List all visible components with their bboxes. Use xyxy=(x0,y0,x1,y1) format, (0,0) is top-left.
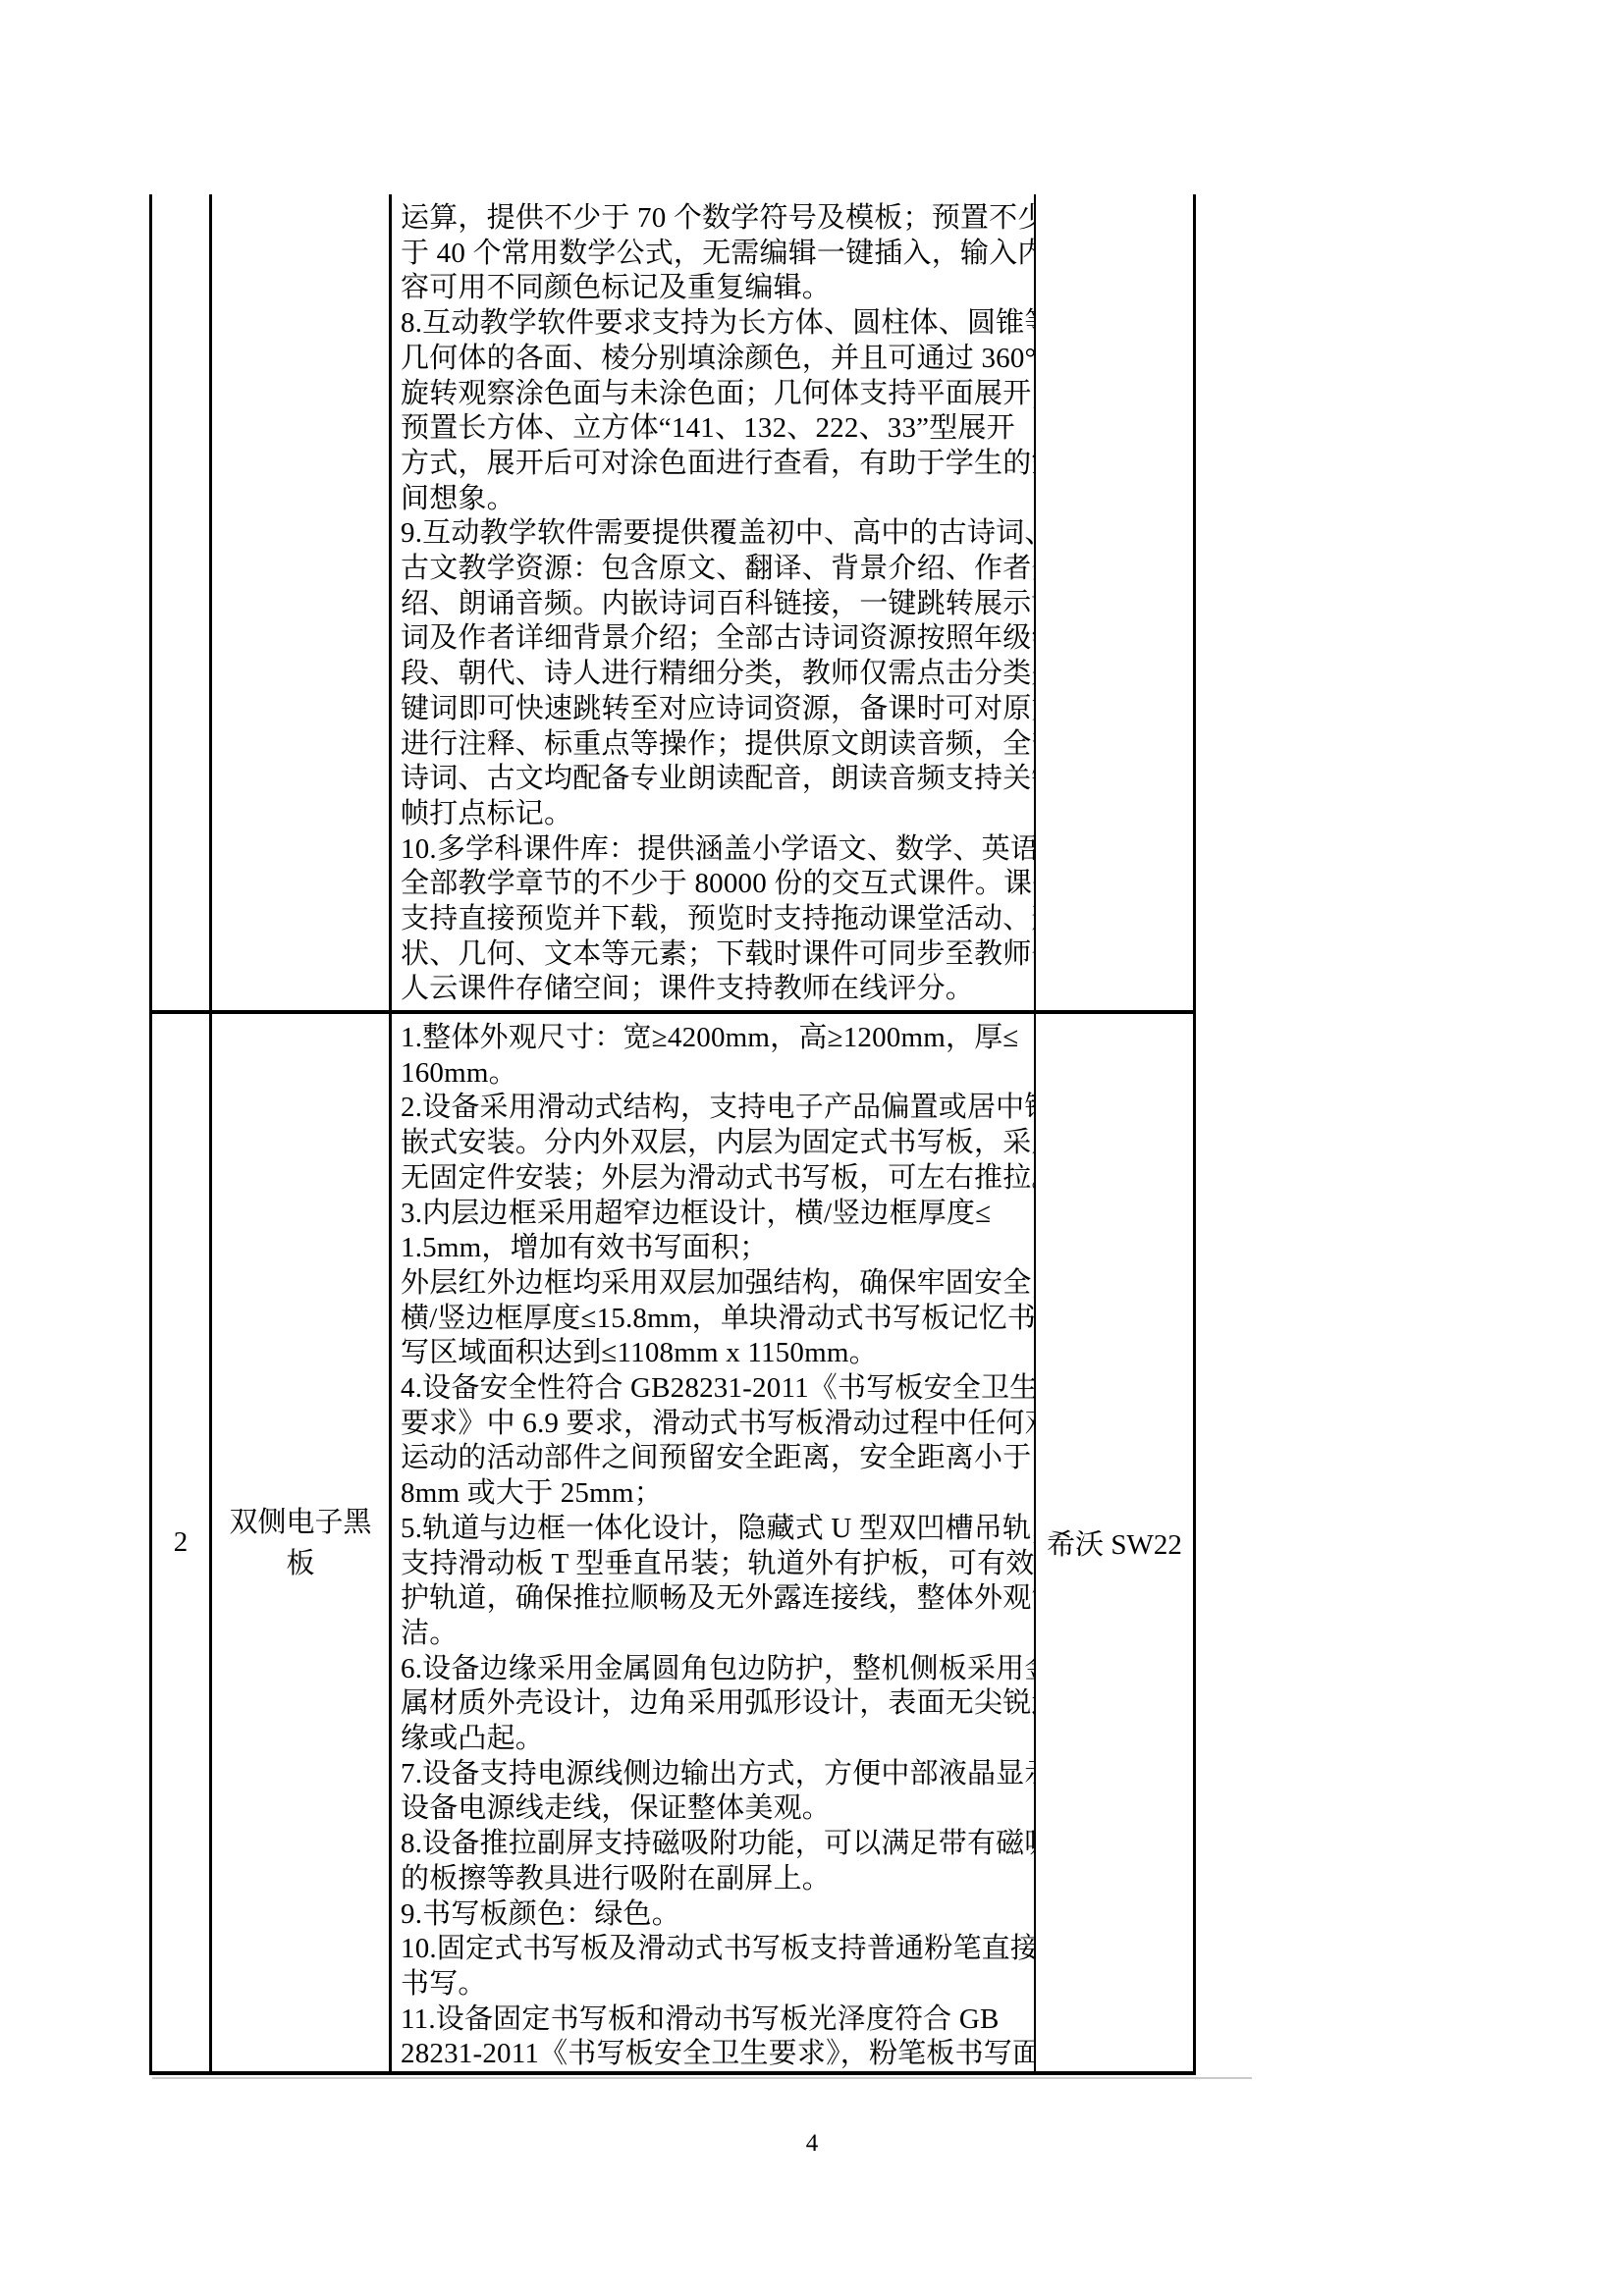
spec-line: 10.多学科课件库：提供涵盖小学语文、数学、英语 xyxy=(401,832,1029,868)
spec-line: 28231-2011《书写板安全卫生要求》，粉笔板书写面 xyxy=(401,2037,1029,2071)
cell-brand-model: 希沃 SW22 xyxy=(1036,1014,1193,2071)
spec-line: 9.书写板颜色：绿色。 xyxy=(401,1897,1029,1933)
cell-seq-number: 2 xyxy=(152,1014,209,2071)
spec-line: 运算，提供不少于 70 个数学符号及模板；预置不少 xyxy=(401,201,1029,237)
spec-line: 的板擦等教具进行吸附在副屏上。 xyxy=(401,1862,1029,1897)
spec-line: 段、朝代、诗人进行精细分类，教师仅需点击分类关 xyxy=(401,657,1029,692)
table-row: 2 双侧电子黑板 1.整体外观尺寸：宽≥4200mm，高≥1200mm，厚≤16… xyxy=(152,1010,1193,2071)
spec-line: 状、几何、文本等元素；下载时课件可同步至教师个 xyxy=(401,937,1029,973)
spec-line: 于 40 个常用数学公式，无需编辑一键插入，输入内 xyxy=(401,237,1029,272)
spec-line: 运动的活动部件之间预留安全距离，安全距离小于 xyxy=(401,1441,1029,1476)
cell-spec-text: 运算，提供不少于 70 个数学符号及模板；预置不少于 40 个常用数学公式，无需… xyxy=(389,194,1036,1010)
spec-line: 8mm 或大于 25mm； xyxy=(401,1476,1029,1512)
spec-line: 预置长方体、立方体“141、132、222、33”型展开 xyxy=(401,411,1029,447)
spec-line: 人云课件存储空间；课件支持教师在线评分。 xyxy=(401,972,1029,1007)
spec-line: 支持直接预览并下载，预览时支持拖动课堂活动、形 xyxy=(401,902,1029,937)
spec-line: 进行注释、标重点等操作；提供原文朗读音频，全部 xyxy=(401,727,1029,763)
spec-line: 方式，展开后可对涂色面进行查看，有助于学生的空 xyxy=(401,447,1029,482)
spec-line: 设备电源线走线，保证整体美观。 xyxy=(401,1791,1029,1827)
spec-line: 5.轨道与边框一体化设计，隐藏式 U 型双凹槽吊轨， xyxy=(401,1512,1029,1547)
cell-device-name: 双侧电子黑板 xyxy=(209,1014,389,2071)
spec-line: 书写。 xyxy=(401,1967,1029,2002)
page-number: 4 xyxy=(0,2130,1624,2158)
spec-line: 6.设备边缘采用金属圆角包边防护，整机侧板采用金 xyxy=(401,1652,1029,1687)
spec-line: 支持滑动板 T 型垂直吊装；轨道外有护板，可有效保 xyxy=(401,1547,1029,1582)
spec-line: 容可用不同颜色标记及重复编辑。 xyxy=(401,271,1029,306)
spec-line: 3.内层边框采用超窄边框设计，横/竖边框厚度≤ xyxy=(401,1197,1029,1232)
cell-spec-text: 1.整体外观尺寸：宽≥4200mm，高≥1200mm，厚≤160mm。2.设备采… xyxy=(389,1014,1036,2071)
cell-brand-model xyxy=(1036,194,1193,1010)
spec-line: 属材质外壳设计，边角采用弧形设计，表面无尖锐边 xyxy=(401,1686,1029,1722)
spec-line: 帧打点标记。 xyxy=(401,797,1029,832)
spec-line: 横/竖边框厚度≤15.8mm，单块滑动式书写板记忆书 xyxy=(401,1302,1029,1337)
spec-line: 键词即可快速跳转至对应诗词资源，备课时可对原文 xyxy=(401,692,1029,727)
spec-line: 10.固定式书写板及滑动式书写板支持普通粉笔直接 xyxy=(401,1932,1029,1967)
spec-line: 7.设备支持电源线侧边输出方式，方便中部液晶显示 xyxy=(401,1757,1029,1792)
spec-line: 外层红外边框均采用双层加强结构，确保牢固安全， xyxy=(401,1266,1029,1302)
spec-line: 4.设备安全性符合 GB28231-2011《书写板安全卫生 xyxy=(401,1371,1029,1407)
spec-line: 缘或凸起。 xyxy=(401,1722,1029,1757)
spec-line: 8.互动教学软件要求支持为长方体、圆柱体、圆锥等 xyxy=(401,306,1029,342)
cell-seq-number xyxy=(152,194,209,1010)
document-page: 运算，提供不少于 70 个数学符号及模板；预置不少于 40 个常用数学公式，无需… xyxy=(0,0,1624,2296)
spec-line: 无固定件安装；外层为滑动式书写板，可左右推拉。 xyxy=(401,1161,1029,1197)
spec-line: 9.互动教学软件需要提供覆盖初中、高中的古诗词、 xyxy=(401,516,1029,552)
spec-line: 几何体的各面、棱分别填涂颜色，并且可通过 360° xyxy=(401,342,1029,377)
scan-artifact-line xyxy=(152,2077,1252,2079)
spec-line: 词及作者详细背景介绍；全部古诗词资源按照年级学 xyxy=(401,621,1029,657)
spec-line: 旋转观察涂色面与未涂色面；几何体支持平面展开， xyxy=(401,377,1029,412)
spec-line: 8.设备推拉副屏支持磁吸附功能，可以满足带有磁吸 xyxy=(401,1827,1029,1862)
spec-line: 写区域面积达到≤1108mm x 1150mm。 xyxy=(401,1336,1029,1371)
equipment-spec-table: 运算，提供不少于 70 个数学符号及模板；预置不少于 40 个常用数学公式，无需… xyxy=(149,194,1196,2075)
spec-line: 诗词、古文均配备专业朗读配音，朗读音频支持关键 xyxy=(401,762,1029,797)
spec-line: 古文教学资源：包含原文、翻译、背景介绍、作者介 xyxy=(401,552,1029,587)
spec-line: 洁。 xyxy=(401,1617,1029,1652)
spec-line: 11.设备固定书写板和滑动书写板光泽度符合 GB xyxy=(401,2002,1029,2038)
table-row-continued: 运算，提供不少于 70 个数学符号及模板；预置不少于 40 个常用数学公式，无需… xyxy=(152,194,1193,1010)
spec-line: 2.设备采用滑动式结构，支持电子产品偏置或居中镶 xyxy=(401,1091,1029,1126)
spec-line: 160mm。 xyxy=(401,1056,1029,1092)
spec-line: 间想象。 xyxy=(401,482,1029,517)
spec-line: 全部教学章节的不少于 80000 份的交互式课件。课件 xyxy=(401,867,1029,902)
spec-line: 护轨道，确保推拉顺畅及无外露连接线，整体外观简 xyxy=(401,1581,1029,1617)
spec-line: 1.5mm，增加有效书写面积； xyxy=(401,1231,1029,1266)
spec-line: 嵌式安装。分内外双层，内层为固定式书写板，采用 xyxy=(401,1126,1029,1161)
spec-line: 1.整体外观尺寸：宽≥4200mm，高≥1200mm，厚≤ xyxy=(401,1021,1029,1056)
cell-device-name xyxy=(209,194,389,1010)
spec-line: 绍、朗诵音频。内嵌诗词百科链接，一键跳转展示诗 xyxy=(401,587,1029,622)
spec-line: 要求》中 6.9 要求，滑动式书写板滑动过程中任何对 xyxy=(401,1407,1029,1442)
